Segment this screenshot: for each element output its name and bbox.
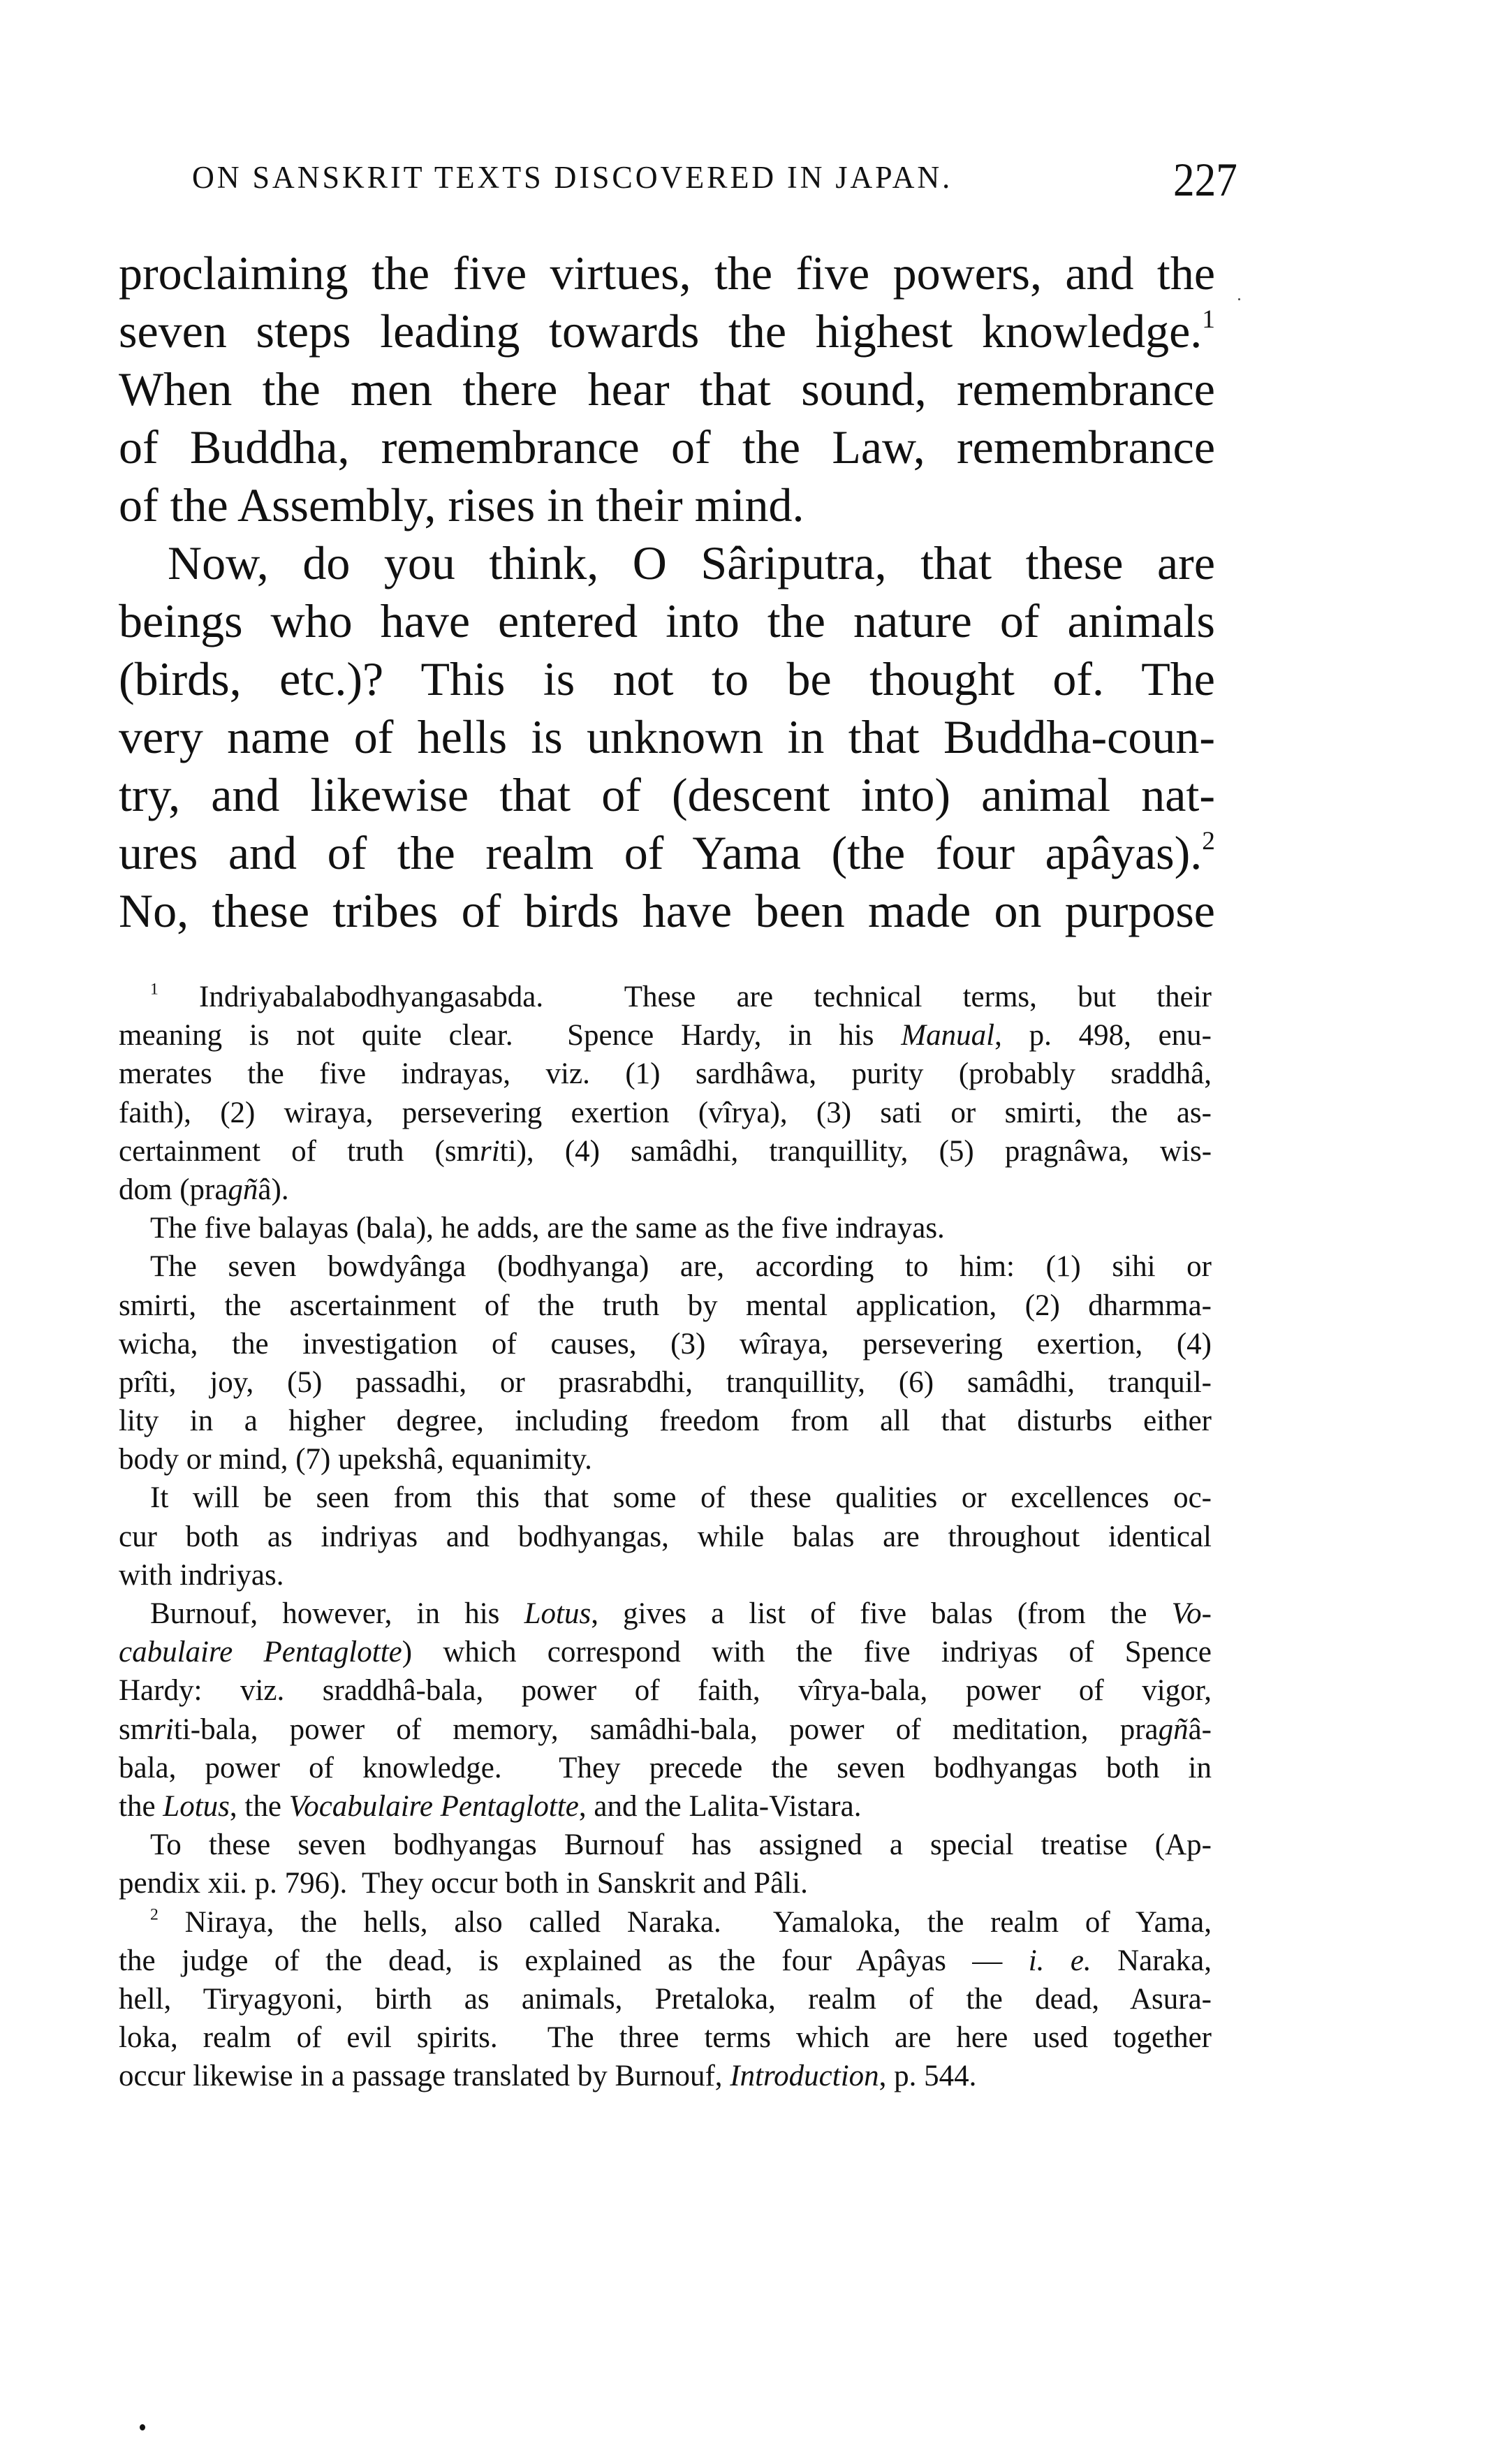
- footnote-line: hell, Tiryagyoni, birth as animals, Pret…: [119, 1980, 1212, 2018]
- body-line: beings who have entered into the nature …: [119, 592, 1215, 650]
- document-page: ON SANSKRIT TEXTS DISCOVERED IN JAPAN. 2…: [0, 0, 1507, 2464]
- footnote-text: faith), (2) wiraya, persevering exertion…: [119, 1097, 1212, 1129]
- footnote-text: ti), (4) samâdhi, tranquillity, (5) prag…: [500, 1135, 1212, 1168]
- footnote-line: certainment of truth (smriti), (4) samâd…: [119, 1132, 1212, 1171]
- footnote-line: merates the five indrayas, viz. (1) sard…: [119, 1055, 1212, 1093]
- footnote-line: Burnouf, however, in his Lotus, gives a …: [119, 1594, 1212, 1633]
- footnote-line: wicha, the investigation of causes, (3) …: [119, 1325, 1212, 1363]
- footnote-text: body or mind, (7) upekshâ, equanimity.: [119, 1443, 592, 1476]
- footnote-text: â).: [258, 1173, 288, 1206]
- footnote-text: sm: [119, 1713, 154, 1746]
- footnote-text: wicha, the investigation of causes, (3) …: [119, 1328, 1212, 1361]
- italic-term: gñ: [228, 1173, 258, 1206]
- footnote-text: hell, Tiryagyoni, birth as animals, Pret…: [119, 1983, 1212, 2016]
- footnote-line: To these seven bodhyangas Burnouf has as…: [119, 1826, 1212, 1864]
- footnote-text: Niraya, the hells, also called Naraka. Y…: [159, 1906, 1212, 1939]
- body-line-text: Now, do you think, O Sâriputra, that the…: [168, 536, 1215, 589]
- italic-term: Introduction: [730, 2060, 879, 2092]
- body-line-text: proclaiming the five virtues, the five p…: [119, 247, 1215, 300]
- footnote-text: pendix xii. p. 796). They occur both in …: [119, 1867, 808, 1900]
- body-line-text: (birds, etc.)? This is not to be thought…: [119, 652, 1215, 705]
- italic-term: gñ: [1159, 1713, 1189, 1746]
- footnote-ref: 2: [1202, 827, 1215, 856]
- footnote-text: meaning is not quite clear. Spence Hardy…: [119, 1019, 901, 1052]
- footnote-text: ti-bala, power of memory, samâdhi-bala, …: [174, 1713, 1159, 1746]
- body-line: proclaiming the five virtues, the five p…: [119, 244, 1215, 302]
- footnote-number: 1: [150, 980, 159, 998]
- footnote-line: lity in a higher degree, including freed…: [119, 1402, 1212, 1440]
- footnote-line: prîti, joy, (5) passadhi, or prasrabdhi,…: [119, 1363, 1212, 1402]
- footnote-line: occur likewise in a passage translated b…: [119, 2057, 1212, 2095]
- footnote-line: meaning is not quite clear. Spence Hardy…: [119, 1016, 1212, 1055]
- footnote-line: smirti, the ascertainment of the truth b…: [119, 1286, 1212, 1325]
- footnote-text: with indriyas.: [119, 1559, 284, 1592]
- italic-term: ri: [154, 1713, 174, 1746]
- footnote-text: Burnouf, however, in his: [150, 1597, 524, 1630]
- footnote-text: , gives a list of five balas (from the: [591, 1597, 1171, 1630]
- footnote-text: The five balayas (bala), he adds, are th…: [150, 1212, 945, 1245]
- main-body-text: proclaiming the five virtues, the five p…: [119, 244, 1215, 940]
- footnote-line: dom (pragñâ).: [119, 1171, 1212, 1209]
- footnote-text: certainment of truth (sm: [119, 1135, 480, 1168]
- footnote-text: Indriyabalabodhyangasabda. These are tec…: [159, 981, 1212, 1013]
- footnote-line: the judge of the dead, is explained as t…: [119, 1942, 1212, 1980]
- footnote-line: cur both as indriyas and bodhyangas, whi…: [119, 1518, 1212, 1556]
- scan-mark-dot: [140, 2424, 145, 2430]
- footnote-text: Hardy: viz. sraddhâ-bala, power of faith…: [119, 1674, 1212, 1707]
- body-line-text: of the Assembly, rises in their mind.: [119, 478, 804, 531]
- footnote-text: bala, power of knowledge. They precede t…: [119, 1752, 1212, 1784]
- body-line-text: very name of hells is unknown in that Bu…: [119, 710, 1215, 763]
- italic-term: Lotus: [524, 1597, 591, 1630]
- footnote-line: body or mind, (7) upekshâ, equanimity.: [119, 1440, 1212, 1479]
- body-line-text: No, these tribes of birds have been made…: [119, 884, 1215, 937]
- body-line: No, these tribes of birds have been made…: [119, 882, 1215, 940]
- footnote-line: The seven bowdyânga (bodhyanga) are, acc…: [119, 1247, 1212, 1286]
- footnote-text: , p. 544.: [879, 2060, 977, 2092]
- italic-term: ri: [480, 1135, 500, 1168]
- italic-term: Vo-: [1172, 1597, 1212, 1630]
- footnote-line: The five balayas (bala), he adds, are th…: [119, 1209, 1212, 1247]
- italic-term: Lotus: [163, 1790, 230, 1823]
- footnote-text: occur likewise in a passage translated b…: [119, 2060, 730, 2092]
- body-line: of the Assembly, rises in their mind.: [119, 476, 1215, 534]
- footnote-line: Hardy: viz. sraddhâ-bala, power of faith…: [119, 1671, 1212, 1710]
- body-line: very name of hells is unknown in that Bu…: [119, 708, 1215, 766]
- body-line-text: When the men there hear that sound, reme…: [119, 362, 1215, 416]
- footnote-text: prîti, joy, (5) passadhi, or prasrabdhi,…: [119, 1366, 1212, 1399]
- footnote-text: merates the five indrayas, viz. (1) sard…: [119, 1057, 1212, 1090]
- body-line: ures and of the realm of Yama (the four …: [119, 824, 1215, 882]
- italic-term: i. e.: [1029, 1944, 1091, 1977]
- footnote-line: loka, realm of evil spirits. The three t…: [119, 2018, 1212, 2057]
- italic-term: Vocabulaire Pentaglotte: [289, 1790, 579, 1823]
- scan-speck: [1238, 298, 1240, 300]
- footnote-text: dom (pra: [119, 1173, 228, 1206]
- body-line: try, and likewise that of (descent into)…: [119, 766, 1215, 824]
- body-line-text: of Buddha, remembrance of the Law, remem…: [119, 420, 1215, 474]
- body-line-text: beings who have entered into the nature …: [119, 594, 1215, 647]
- footnote-text: loka, realm of evil spirits. The three t…: [119, 2021, 1212, 2054]
- footnote-line: the Lotus, the Vocabulaire Pentaglotte, …: [119, 1787, 1212, 1826]
- footnote-text: the: [119, 1790, 163, 1823]
- footnote-text: the judge of the dead, is explained as t…: [119, 1944, 1029, 1977]
- body-line-text: seven steps leading towards the highest …: [119, 305, 1202, 358]
- body-line: Now, do you think, O Sâriputra, that the…: [119, 534, 1215, 592]
- footnote-line: pendix xii. p. 796). They occur both in …: [119, 1864, 1212, 1902]
- footnote-line: faith), (2) wiraya, persevering exertion…: [119, 1094, 1212, 1132]
- body-line: of Buddha, remembrance of the Law, remem…: [119, 418, 1215, 476]
- footnote-text: â-: [1189, 1713, 1212, 1746]
- footnote-line: bala, power of knowledge. They precede t…: [119, 1749, 1212, 1787]
- footnote-text: smirti, the ascertainment of the truth b…: [119, 1289, 1212, 1322]
- italic-term: Manual: [901, 1019, 994, 1052]
- body-line-text: try, and likewise that of (descent into)…: [119, 768, 1215, 821]
- footnote-text: lity in a higher degree, including freed…: [119, 1405, 1212, 1437]
- footnote-text: , p. 498, enu-: [994, 1019, 1212, 1052]
- body-line-text: ures and of the realm of Yama (the four …: [119, 826, 1202, 879]
- footnote-text: The seven bowdyânga (bodhyanga) are, acc…: [150, 1250, 1212, 1283]
- footnote-text: , the: [230, 1790, 289, 1823]
- body-line: When the men there hear that sound, reme…: [119, 360, 1215, 418]
- footnote-text: ) which correspond with the five indriya…: [402, 1636, 1212, 1669]
- footnote-text: , and the Lalita-Vistara.: [579, 1790, 862, 1823]
- footnote-text: It will be seen from this that some of t…: [150, 1481, 1212, 1514]
- footnote-text: To these seven bodhyangas Burnouf has as…: [150, 1828, 1212, 1861]
- running-head: ON SANSKRIT TEXTS DISCOVERED IN JAPAN. 2…: [192, 152, 1215, 201]
- body-line: (birds, etc.)? This is not to be thought…: [119, 650, 1215, 708]
- footnote-line: cabulaire Pentaglotte) which correspond …: [119, 1633, 1212, 1671]
- footnote-text: Naraka,: [1091, 1944, 1212, 1977]
- footnote-line: with indriyas.: [119, 1556, 1212, 1594]
- footnote-line: smriti-bala, power of memory, samâdhi-ba…: [119, 1710, 1212, 1749]
- footnotes: 1 Indriyabalabodhyangasabda. These are t…: [119, 978, 1212, 2095]
- footnote-number: 2: [150, 1905, 159, 1923]
- footnote-line: 1 Indriyabalabodhyangasabda. These are t…: [119, 978, 1212, 1016]
- footnote-line: 2 Niraya, the hells, also called Naraka.…: [119, 1903, 1212, 1942]
- footnote-ref: 1: [1202, 305, 1215, 334]
- running-title: ON SANSKRIT TEXTS DISCOVERED IN JAPAN.: [192, 159, 953, 196]
- footnote-text: cur both as indriyas and bodhyangas, whi…: [119, 1520, 1212, 1553]
- footnote-line: It will be seen from this that some of t…: [119, 1479, 1212, 1517]
- body-line: seven steps leading towards the highest …: [119, 302, 1215, 360]
- italic-term: cabulaire Pentaglotte: [119, 1636, 402, 1669]
- page-number: 227: [1173, 152, 1237, 207]
